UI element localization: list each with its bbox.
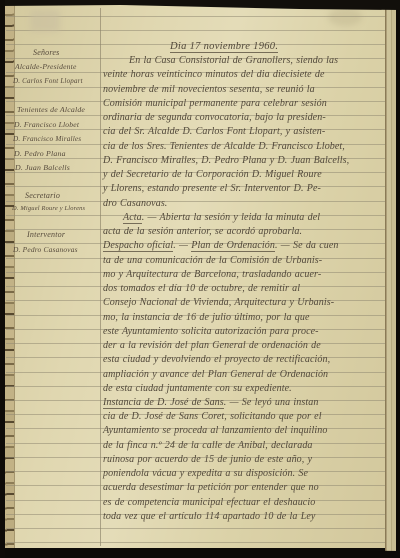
- text-line: ruinosa por acuerdo de 15 de junio de es…: [103, 453, 395, 467]
- text-segment: acuerda desestimar la petición por enten…: [103, 482, 319, 493]
- margin-entry: Tenientes de Alcalde: [17, 104, 85, 115]
- ruled-line: [6, 542, 386, 543]
- page-edge-stack: [385, 0, 396, 558]
- margin-entry: D. Francisco Miralles: [13, 134, 81, 145]
- text-segment: . — Abierta la sesión y leida la minuta …: [142, 212, 320, 223]
- date-heading: Dia 17 noviembre 1960.: [170, 40, 278, 53]
- ruled-line: [6, 528, 386, 529]
- text-segment: es de competencia municipal efectuar el …: [103, 497, 315, 508]
- text-segment: der a la revisión del plan General de or…: [103, 340, 321, 351]
- margin-entry: D. Francisco Llobet: [14, 119, 79, 130]
- text-segment: acta de la sesión anterior, se acordó ap…: [103, 226, 302, 237]
- ruled-line: [6, 30, 386, 31]
- photo-border-right: [396, 0, 400, 558]
- text-line: mo, la instancia de 16 de julio último, …: [103, 311, 395, 325]
- text-line: este Ayuntamiento solicita autorización …: [103, 325, 395, 339]
- text-segment: cia de los Sres. Tenientes de Alcalde D.…: [103, 141, 345, 152]
- margin-entry: D. Pedro Plana: [14, 148, 66, 159]
- margin-entry: Alcalde-Presidente: [15, 61, 77, 72]
- date-heading-text: Dia 17 noviembre 1960.: [170, 41, 278, 53]
- text-line: acta de la sesión anterior, se acordó ap…: [103, 225, 395, 239]
- margin-entry: Interventor: [27, 229, 65, 240]
- text-line: cia del Sr. Alcalde D. Carlos Font Llopa…: [103, 125, 395, 139]
- text-line: y Llorens, estando presente el Sr. Inter…: [103, 182, 395, 196]
- underlined-phrase: Instancia de D. José de Sans: [103, 397, 224, 409]
- stain-mark: [328, 8, 362, 26]
- text-line: de esta ciudad juntamente con su expedie…: [103, 382, 395, 396]
- underlined-phrase: Plan de Ordenación: [191, 240, 275, 252]
- text-segment: veinte horas veinticinco minutos del dia…: [103, 69, 324, 80]
- text-line: poniendola vácua y expedita a su disposi…: [103, 467, 395, 481]
- text-segment: dos tomados el día 10 de octubre, de rem…: [103, 283, 300, 294]
- text-line: Instancia de D. José de Sans. — Se leyó …: [103, 396, 395, 410]
- scanned-minutes-page: SeñoresAlcalde-PresidenteD. Carlos Font …: [0, 0, 400, 558]
- margin-entry: D. Juan Balcells: [15, 162, 70, 173]
- text-segment: En la Casa Consistorial de Granollers, s…: [129, 55, 338, 66]
- margin-entry: D. Carlos Font Llopart: [13, 76, 83, 87]
- underlined-phrase: Acta: [123, 212, 142, 224]
- text-line: ta de una comunicación de la Comisión de…: [103, 254, 395, 268]
- text-line: es de competencia municipal efectuar el …: [103, 496, 395, 510]
- photo-border-left: [0, 0, 5, 558]
- text-segment: este Ayuntamiento solicita autorización …: [103, 326, 319, 337]
- text-line: En la Casa Consistorial de Granollers, s…: [103, 54, 400, 68]
- text-segment: . — Se da cuen: [275, 240, 339, 251]
- text-segment: mo y Arquitectura de Barcelona, traslada…: [103, 269, 321, 280]
- text-line: Consejo Nacional de Vivienda, Arquitectu…: [103, 296, 395, 310]
- margin-entry: Señores: [33, 47, 59, 58]
- text-line: esta ciudad y devolviendo el proyecto de…: [103, 353, 395, 367]
- text-segment: Comisión municipal permanente para celeb…: [103, 98, 327, 109]
- text-segment: ta de una comunicación de la Comisión de…: [103, 255, 322, 266]
- text-line: ordinaria de segunda convocatoria, bajo …: [103, 111, 395, 125]
- text-segment: ruinosa por acuerdo de 15 de junio de es…: [103, 454, 312, 465]
- text-line: noviembre de mil novecientos sesenta, se…: [103, 83, 395, 97]
- text-segment: cia de D. José de Sans Coret, solicitand…: [103, 411, 322, 422]
- text-segment: ampliación y avance del Plan General de …: [103, 369, 328, 380]
- text-segment: toda vez que el artículo 114 apartado 10…: [103, 511, 315, 522]
- text-segment: ordinaria de segunda convocatoria, bajo …: [103, 112, 326, 123]
- text-line: toda vez que el artículo 114 apartado 10…: [103, 510, 395, 524]
- text-segment: de esta ciudad juntamente con su expedie…: [103, 383, 292, 394]
- margin-entry: D. Miguel Roure y Llorens: [12, 203, 85, 214]
- text-segment: esta ciudad y devolviendo el proyecto de…: [103, 354, 330, 365]
- text-line: dos tomados el día 10 de octubre, de rem…: [103, 282, 395, 296]
- underlined-phrase: Despacho oficial: [103, 240, 173, 252]
- text-segment: D. Francisco Miralles, D. Pedro Plana y …: [103, 155, 349, 166]
- text-segment: y del Secretario de la Corporación D. Mi…: [103, 169, 322, 180]
- text-segment: poniendola vácua y expedita a su disposi…: [103, 468, 308, 479]
- text-line: acuerda desestimar la petición por enten…: [103, 481, 395, 495]
- text-line: mo y Arquitectura de Barcelona, traslada…: [103, 268, 395, 282]
- text-segment: de la finca n.º 24 de la calle de Anibal…: [103, 440, 313, 451]
- margin-entry: D. Pedro Casanovas: [13, 244, 78, 255]
- margin-entry: Secretario: [25, 190, 60, 201]
- text-segment: y Llorens, estando presente el Sr. Inter…: [103, 183, 321, 194]
- text-segment: . — Se leyó una instan: [224, 397, 319, 408]
- text-line: veinte horas veinticinco minutos del dia…: [103, 68, 395, 82]
- text-segment: . —: [173, 240, 191, 251]
- text-line: de la finca n.º 24 de la calle de Anibal…: [103, 439, 395, 453]
- text-line: dro Casanovas.: [103, 197, 395, 211]
- text-segment: noviembre de mil novecientos sesenta, se…: [103, 84, 315, 95]
- text-segment: Consejo Nacional de Vivienda, Arquitectu…: [103, 297, 334, 308]
- text-segment: Ayuntamiento se proceda al lanzamiento d…: [103, 425, 328, 436]
- text-line: y del Secretario de la Corporación D. Mi…: [103, 168, 395, 182]
- margin-rule-line: [100, 8, 101, 546]
- text-line: Comisión municipal permanente para celeb…: [103, 97, 395, 111]
- text-line: cia de los Sres. Tenientes de Alcalde D.…: [103, 140, 395, 154]
- text-line: D. Francisco Miralles, D. Pedro Plana y …: [103, 154, 395, 168]
- text-line: der a la revisión del plan General de or…: [103, 339, 395, 353]
- text-segment: mo, la instancia de 16 de julio último, …: [103, 312, 310, 323]
- text-segment: cia del Sr. Alcalde D. Carlos Font Llopa…: [103, 126, 325, 137]
- text-line: Despacho oficial. — Plan de Ordenación. …: [103, 239, 395, 253]
- text-line: Acta. — Abierta la sesión y leida la min…: [103, 211, 400, 225]
- text-line: ampliación y avance del Plan General de …: [103, 368, 395, 382]
- text-segment: dro Casanovas.: [103, 198, 167, 209]
- text-line: Ayuntamiento se proceda al lanzamiento d…: [103, 424, 395, 438]
- text-line: cia de D. José de Sans Coret, solicitand…: [103, 410, 395, 424]
- embossed-mark: [30, 10, 60, 32]
